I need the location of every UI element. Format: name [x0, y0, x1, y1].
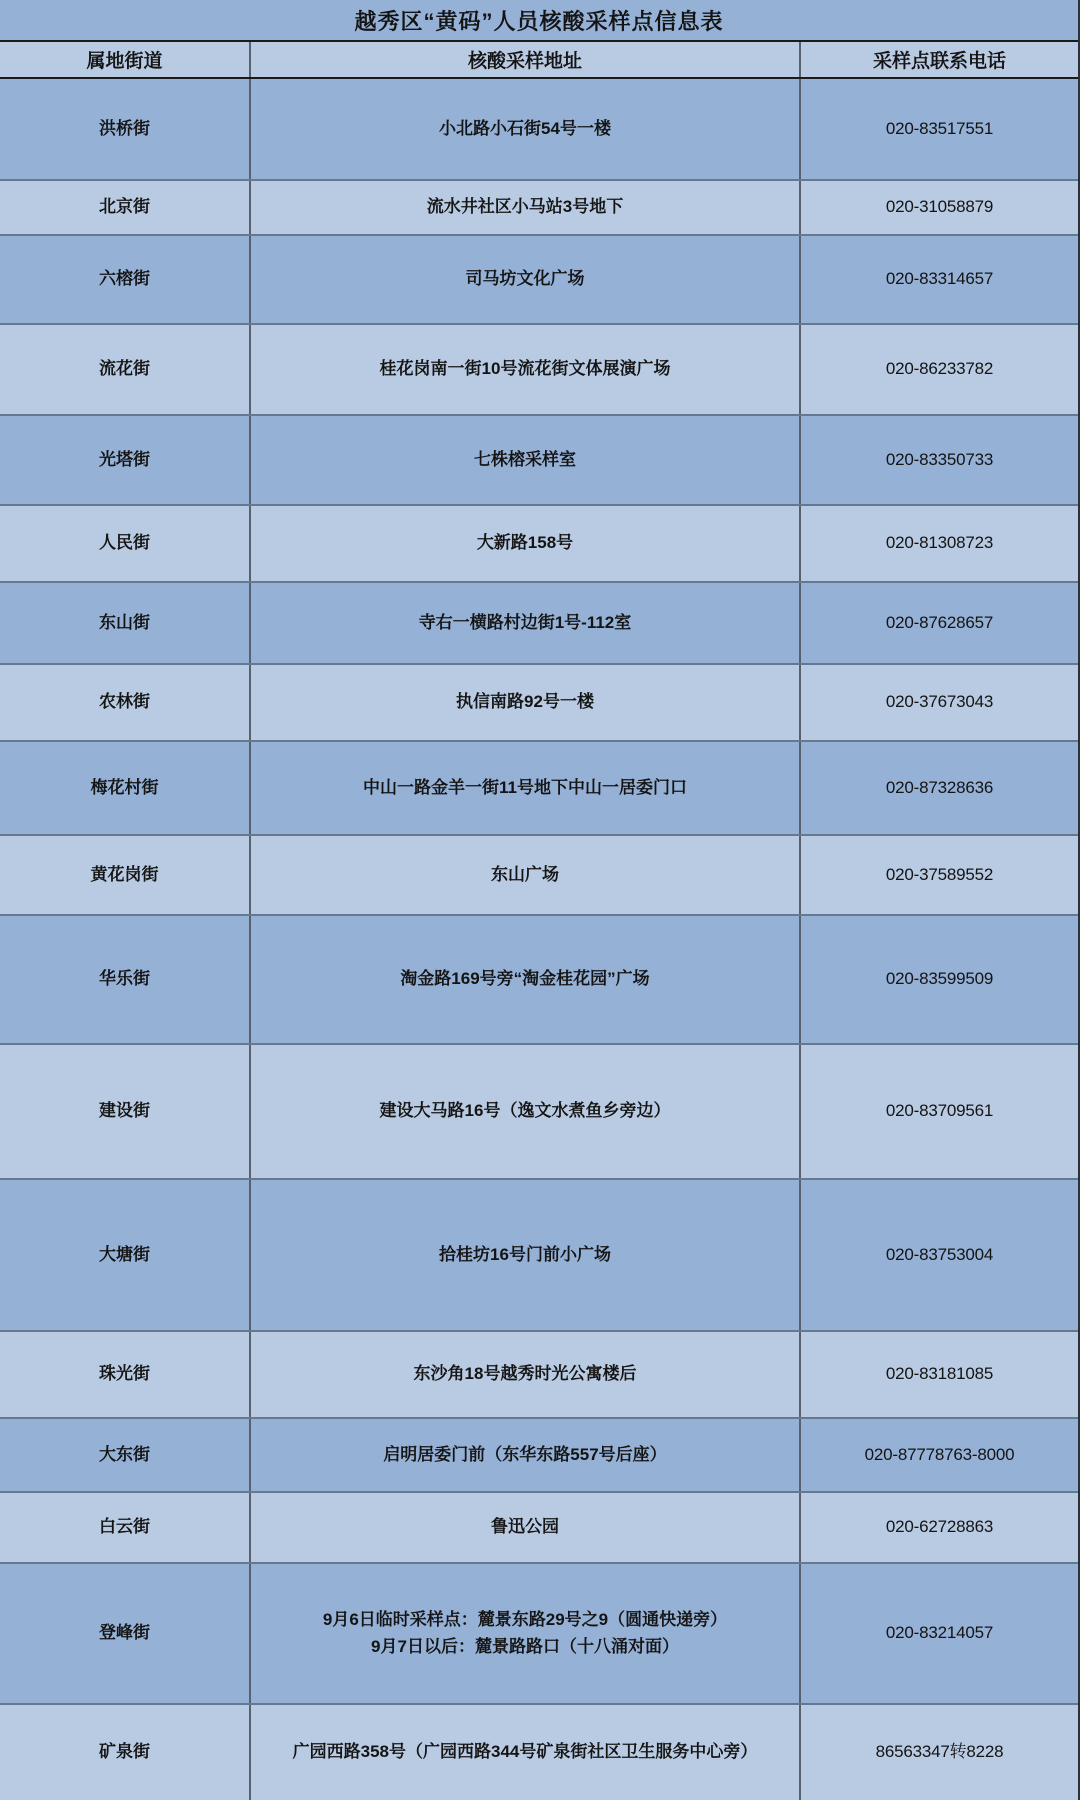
address-cell: 中山一路金羊一街11号地下中山一居委门口 [251, 742, 801, 834]
table-row: 白云街 鲁迅公园 020-62728863 [0, 1493, 1078, 1564]
street-cell: 东山街 [0, 583, 251, 663]
phone-cell: 020-83314657 [801, 236, 1078, 323]
street-cell: 珠光街 [0, 1332, 251, 1417]
address-cell: 小北路小石街54号一楼 [251, 79, 801, 179]
address-cell: 鲁迅公园 [251, 1493, 801, 1562]
table-title: 越秀区“黄码”人员核酸采样点信息表 [0, 0, 1078, 42]
table-row: 洪桥街 小北路小石街54号一楼 020-83517551 [0, 79, 1078, 181]
address-cell: 9月6日临时采样点：麓景东路29号之9（圆通快递旁）9月7日以后：麓景路路口（十… [251, 1564, 801, 1703]
table-row: 东山街 寺右一横路村边街1号-112室 020-87628657 [0, 583, 1078, 665]
street-cell: 六榕街 [0, 236, 251, 323]
phone-cell: 020-87328636 [801, 742, 1078, 834]
table-row: 矿泉街 广园西路358号（广园西路344号矿泉街社区卫生服务中心旁） 86563… [0, 1705, 1078, 1800]
phone-cell: 020-83599509 [801, 916, 1078, 1043]
table-row: 建设街 建设大马路16号（逸文水煮鱼乡旁边） 020-83709561 [0, 1045, 1078, 1180]
address-cell: 东山广场 [251, 836, 801, 914]
table-header-row: 属地街道 核酸采样地址 采样点联系电话 [0, 42, 1078, 79]
street-cell: 矿泉街 [0, 1705, 251, 1800]
phone-cell: 020-83181085 [801, 1332, 1078, 1417]
street-cell: 洪桥街 [0, 79, 251, 179]
address-cell: 执信南路92号一楼 [251, 665, 801, 740]
phone-cell: 020-62728863 [801, 1493, 1078, 1562]
header-phone: 采样点联系电话 [801, 42, 1078, 77]
street-cell: 流花街 [0, 325, 251, 414]
phone-cell: 020-37589552 [801, 836, 1078, 914]
street-cell: 农林街 [0, 665, 251, 740]
address-cell: 司马坊文化广场 [251, 236, 801, 323]
street-cell: 北京街 [0, 181, 251, 234]
phone-cell: 020-31058879 [801, 181, 1078, 234]
address-cell: 淘金路169号旁“淘金桂花园”广场 [251, 916, 801, 1043]
address-cell: 七株榕采样室 [251, 416, 801, 504]
street-cell: 人民街 [0, 506, 251, 581]
table-row: 华乐街 淘金路169号旁“淘金桂花园”广场 020-83599509 [0, 916, 1078, 1045]
address-cell: 广园西路358号（广园西路344号矿泉街社区卫生服务中心旁） [251, 1705, 801, 1800]
sampling-sites-table: 越秀区“黄码”人员核酸采样点信息表 属地街道 核酸采样地址 采样点联系电话 洪桥… [0, 0, 1080, 1800]
table-row: 黄花岗街 东山广场 020-37589552 [0, 836, 1078, 916]
table-row: 农林街 执信南路92号一楼 020-37673043 [0, 665, 1078, 742]
phone-cell: 020-86233782 [801, 325, 1078, 414]
address-cell: 建设大马路16号（逸文水煮鱼乡旁边） [251, 1045, 801, 1178]
phone-cell: 86563347转8228 [801, 1705, 1078, 1800]
street-cell: 光塔街 [0, 416, 251, 504]
table-row: 梅花村街 中山一路金羊一街11号地下中山一居委门口 020-87328636 [0, 742, 1078, 836]
address-cell: 东沙角18号越秀时光公寓楼后 [251, 1332, 801, 1417]
table-row: 珠光街 东沙角18号越秀时光公寓楼后 020-83181085 [0, 1332, 1078, 1419]
phone-cell: 020-83350733 [801, 416, 1078, 504]
table-row: 大东街 启明居委门前（东华东路557号后座） 020-87778763-8000 [0, 1419, 1078, 1493]
street-cell: 白云街 [0, 1493, 251, 1562]
table-row: 人民街 大新路158号 020-81308723 [0, 506, 1078, 583]
table-row: 登峰街 9月6日临时采样点：麓景东路29号之9（圆通快递旁）9月7日以后：麓景路… [0, 1564, 1078, 1705]
address-cell: 拾桂坊16号门前小广场 [251, 1180, 801, 1330]
phone-cell: 020-37673043 [801, 665, 1078, 740]
phone-cell: 020-83517551 [801, 79, 1078, 179]
street-cell: 华乐街 [0, 916, 251, 1043]
phone-cell: 020-87628657 [801, 583, 1078, 663]
address-cell: 寺右一横路村边街1号-112室 [251, 583, 801, 663]
table-body: 洪桥街 小北路小石街54号一楼 020-83517551 北京街 流水井社区小马… [0, 79, 1078, 1800]
street-cell: 大东街 [0, 1419, 251, 1491]
table-row: 六榕街 司马坊文化广场 020-83314657 [0, 236, 1078, 325]
phone-cell: 020-83214057 [801, 1564, 1078, 1703]
street-cell: 大塘街 [0, 1180, 251, 1330]
table-row: 流花街 桂花岗南一街10号流花街文体展演广场 020-86233782 [0, 325, 1078, 416]
address-cell: 桂花岗南一街10号流花街文体展演广场 [251, 325, 801, 414]
phone-cell: 020-87778763-8000 [801, 1419, 1078, 1491]
street-cell: 建设街 [0, 1045, 251, 1178]
header-address: 核酸采样地址 [251, 42, 801, 77]
address-cell: 流水井社区小马站3号地下 [251, 181, 801, 234]
table-row: 光塔街 七株榕采样室 020-83350733 [0, 416, 1078, 506]
address-cell: 大新路158号 [251, 506, 801, 581]
address-cell: 启明居委门前（东华东路557号后座） [251, 1419, 801, 1491]
header-street: 属地街道 [0, 42, 251, 77]
street-cell: 梅花村街 [0, 742, 251, 834]
phone-cell: 020-81308723 [801, 506, 1078, 581]
table-row: 大塘街 拾桂坊16号门前小广场 020-83753004 [0, 1180, 1078, 1332]
phone-cell: 020-83709561 [801, 1045, 1078, 1178]
table-row: 北京街 流水井社区小马站3号地下 020-31058879 [0, 181, 1078, 236]
street-cell: 登峰街 [0, 1564, 251, 1703]
street-cell: 黄花岗街 [0, 836, 251, 914]
phone-cell: 020-83753004 [801, 1180, 1078, 1330]
